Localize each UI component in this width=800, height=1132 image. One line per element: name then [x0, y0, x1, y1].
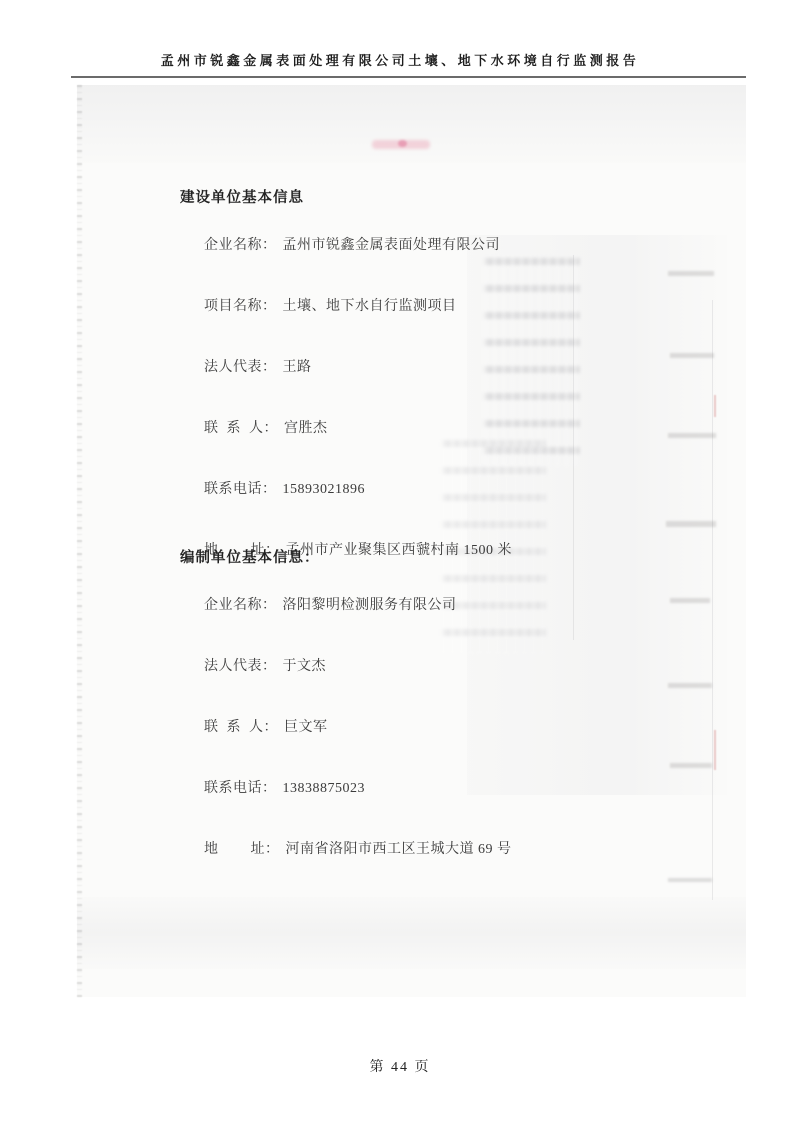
field-label: 联系电话：: [204, 781, 277, 796]
info-row-company-name: 企业名称：洛阳黎明检测服务有限公司: [180, 585, 640, 627]
report-header-title: 孟州市锐鑫金属表面处理有限公司土壤、地下水环境自行监测报告: [0, 50, 800, 69]
section-compiling-unit-info: 编制单位基本信息： 企业名称：洛阳黎明检测服务有限公司 法人代表：于文杰 联 系…: [180, 550, 640, 871]
field-value: 巨文军: [284, 720, 328, 735]
field-value: 13838875023: [283, 781, 366, 796]
info-row-contact-phone: 联系电话：15893021896: [180, 469, 640, 511]
section-title: 编制单位基本信息：: [180, 550, 640, 566]
field-label: 联系电话：: [204, 482, 277, 497]
scanner-edge-noise: [77, 85, 82, 997]
field-value: 宫胜杰: [284, 421, 328, 436]
scan-shading-top: [77, 85, 746, 163]
info-row-legal-representative: 法人代表：王路: [180, 347, 640, 389]
section-title: 建设单位基本信息: [180, 190, 640, 206]
field-label: 法人代表：: [204, 360, 277, 375]
info-row-address: 地 址：河南省洛阳市西工区王城大道 69 号: [180, 829, 640, 871]
field-value: 15893021896: [283, 482, 366, 497]
field-value: 王路: [283, 360, 312, 375]
info-row-legal-representative: 法人代表：于文杰: [180, 646, 640, 688]
field-value: 土壤、地下水自行监测项目: [283, 299, 457, 314]
field-value: 洛阳黎明检测服务有限公司: [283, 598, 457, 613]
field-label: 企业名称：: [204, 598, 277, 613]
info-row-contact-phone: 联系电话：13838875023: [180, 768, 640, 810]
info-row-contact-person: 联 系 人：巨文军: [180, 707, 640, 749]
info-row-project-name: 项目名称：土壤、地下水自行监测项目: [180, 286, 640, 328]
field-label: 联 系 人：: [204, 421, 278, 436]
field-label: 企业名称：: [204, 238, 277, 253]
info-row-company-name: 企业名称：孟州市锐鑫金属表面处理有限公司: [180, 225, 640, 267]
field-value: 河南省洛阳市西工区王城大道 69 号: [286, 842, 512, 857]
field-value: 于文杰: [283, 659, 327, 674]
field-value: 孟州市锐鑫金属表面处理有限公司: [283, 238, 501, 253]
section-construction-unit-info: 建设单位基本信息 企业名称：孟州市锐鑫金属表面处理有限公司 项目名称：土壤、地下…: [180, 190, 640, 572]
info-row-contact-person: 联 系 人：宫胜杰: [180, 408, 640, 450]
field-label: 地 址：: [204, 842, 280, 857]
scan-shading-bottom: [77, 897, 746, 969]
page-number: 第 44 页: [0, 1056, 800, 1076]
header-rule: [71, 76, 746, 78]
field-label: 法人代表：: [204, 659, 277, 674]
field-label: 联 系 人：: [204, 720, 278, 735]
scanned-report-page: 孟州市锐鑫金属表面处理有限公司土壤、地下水环境自行监测报告 建设单位基本信息 企…: [0, 0, 800, 1132]
field-label: 项目名称：: [204, 299, 277, 314]
